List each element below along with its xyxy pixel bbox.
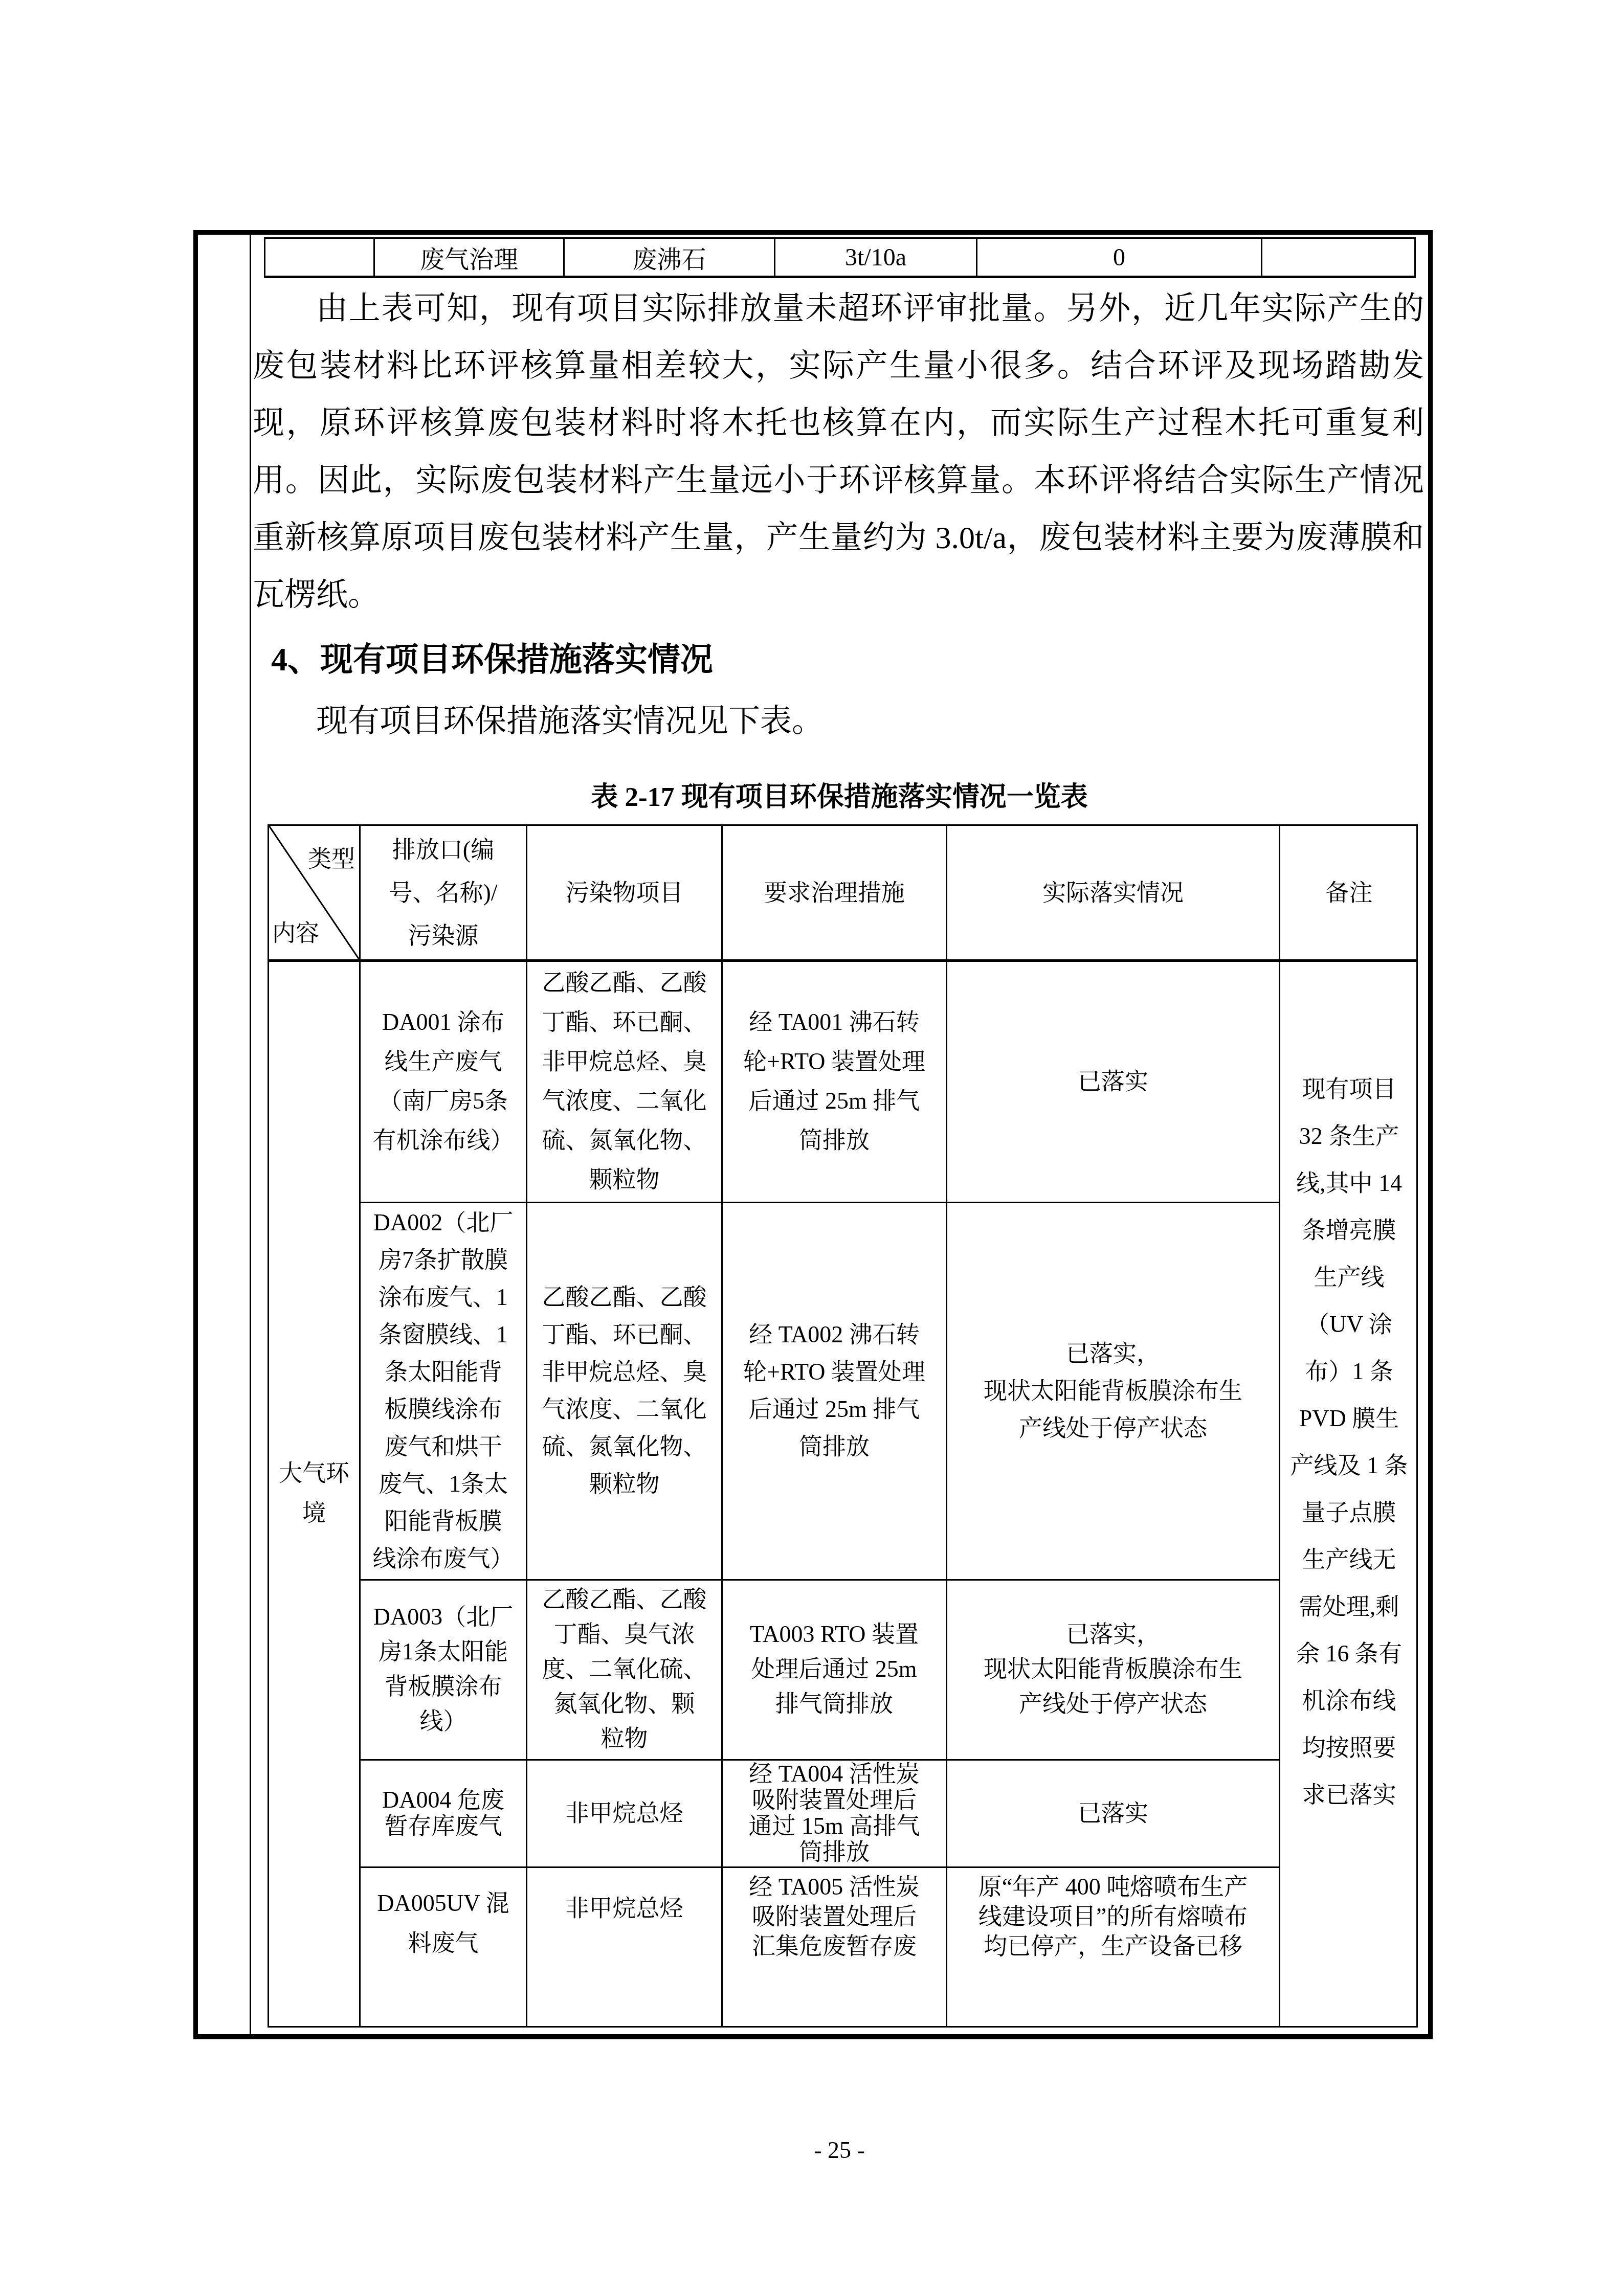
category-cell-atmospheric-environment: 大气环 境	[269, 962, 359, 2024]
document-page: 废气治理 废沸石 3t/10a 0 由上表可知，现有项目实际排放量未超环评审批量…	[0, 0, 1624, 2296]
frame-bottom-border	[193, 2034, 1433, 2039]
pollutants-cell-da001: 乙酸乙酯、乙酸 丁酯、环已酮、 非甲烷总烃、臭 气浓度、二氧化 硫、氮氧化物、 …	[527, 962, 721, 1200]
previous-table-row: 废气治理 废沸石 3t/10a 0	[264, 237, 1416, 278]
prev-table-cell-actual: 0	[977, 239, 1262, 276]
measure-cell-da002: 经 TA002 沸石转 轮+RTO 装置处理 后通过 25m 排气 筒排放	[723, 1203, 946, 1578]
frame-gutter-line	[250, 235, 251, 2034]
pollutants-cell-da005: 非甲烷总烃	[527, 1868, 721, 2024]
pollutants-cell-da002: 乙酸乙酯、乙酸 丁酯、环已酮、 非甲烷总烃、臭 气浓度、二氧化 硫、氮氧化物、 …	[527, 1203, 721, 1578]
header-pollutants: 污染物项目	[527, 826, 721, 959]
header-remark: 备注	[1280, 826, 1418, 959]
status-cell-da002: 已落实， 现状太阳能背板膜涂布生 产线处于停产状态	[947, 1203, 1279, 1578]
corner-label-content: 内容	[272, 914, 319, 948]
prev-table-cell-spent-zeolite: 废沸石	[565, 239, 775, 276]
status-cell-da005: 原“年产 400 吨熔喷布生产 线建设项目”的所有熔喷布 均已停产，生产设备已移	[947, 1868, 1279, 2024]
status-cell-da001: 已落实	[947, 962, 1279, 1200]
page-number: - 25 -	[251, 2136, 1428, 2164]
frame-left-border	[193, 230, 198, 2039]
header-corner-cell: 类型 内容	[269, 826, 359, 959]
measure-cell-da004: 经 TA004 活性炭 吸附装置处理后 通过 15m 高排气 筒排放	[723, 1761, 946, 1865]
frame-right-border	[1428, 230, 1433, 2039]
summary-paragraph: 由上表可知，现有项目实际排放量未超环评审批量。另外，近几年实际产生的废包装材料比…	[253, 280, 1424, 624]
header-outlet: 排放口(编 号、名称)/ 污染源	[361, 826, 526, 959]
outlet-cell-da004: DA004 危废 暂存库废气	[361, 1761, 526, 1865]
outlet-cell-da005: DA005UV 混 料废气	[361, 1868, 526, 2024]
remark-cell: 现有项目 32 条生产 线,其中 14 条增亮膜 生产线 （UV 涂 布）1 条…	[1280, 962, 1418, 2024]
outlet-cell-da003: DA003（北厂 房1条太阳能 背板膜涂布 线）	[361, 1581, 526, 1758]
section-heading: 4、现有项目环保措施落实情况	[271, 633, 1396, 680]
prev-table-cell-quantity: 3t/10a	[775, 239, 977, 276]
measure-cell-da001: 经 TA001 沸石转 轮+RTO 装置处理 后通过 25m 排气 筒排放	[723, 962, 946, 1200]
prev-table-cell-waste-gas-treatment: 废气治理	[375, 239, 565, 276]
pollutants-cell-da004: 非甲烷总烃	[527, 1761, 721, 1865]
corner-label-type: 类型	[308, 840, 355, 874]
status-cell-da004: 已落实	[947, 1761, 1279, 1865]
prev-table-cell	[1262, 239, 1414, 276]
prev-table-cell	[265, 239, 375, 276]
status-cell-da003: 已落实， 现状太阳能背板膜涂布生 产线处于停产状态	[947, 1581, 1279, 1758]
table-caption: 表 2-17 现有项目环保措施落实情况一览表	[251, 775, 1428, 814]
header-status: 实际落实情况	[947, 826, 1279, 959]
outlet-cell-da002: DA002（北厂 房7条扩散膜 涂布废气、1 条窗膜线、1 条太阳能背 板膜线涂…	[361, 1203, 526, 1578]
measure-cell-da003: TA003 RTO 装置 处理后通过 25m 排气筒排放	[723, 1581, 946, 1758]
pollutants-cell-da003: 乙酸乙酯、乙酸 丁酯、臭气浓 度、二氧化硫、 氮氧化物、颗 粒物	[527, 1581, 721, 1758]
frame-top-border	[193, 230, 1433, 235]
outlet-cell-da001: DA001 涂布 线生产废气 （南厂房5条 有机涂布线）	[361, 962, 526, 1200]
measure-cell-da005: 经 TA005 活性炭 吸附装置处理后 汇集危废暂存废	[723, 1868, 946, 2024]
section-intro: 现有项目环保措施落实情况见下表。	[253, 695, 1424, 741]
header-measure: 要求治理措施	[723, 826, 946, 959]
